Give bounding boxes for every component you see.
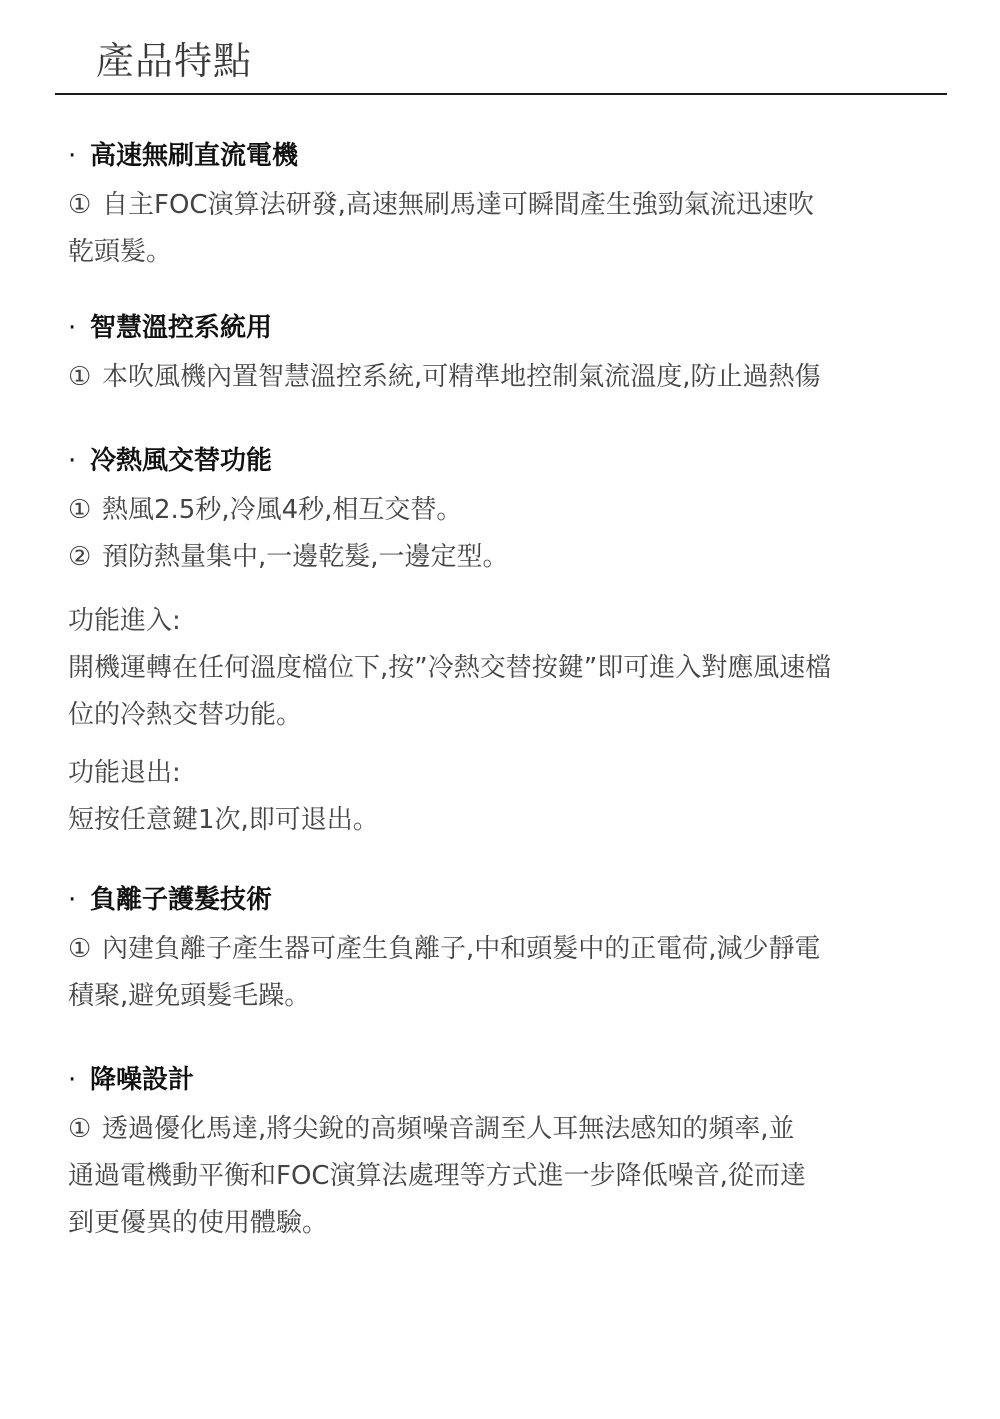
feature-paragraph-cont: 乾頭髮。 (68, 229, 958, 276)
circled-number: ① (68, 926, 102, 973)
page-title: 產品特點 (96, 38, 252, 84)
feature-paragraph-cont: 到更優異的使用體驗。 (68, 1200, 958, 1247)
section-heading: ·負離子護髮技術 (68, 882, 958, 918)
feature-paragraph: ①內建負離子產生器可產生負離子,中和頭髮中的正電荷,減少靜電 (68, 926, 958, 973)
bullet-icon: · (68, 443, 90, 479)
section-heading: ·高速無刷直流電機 (68, 138, 958, 174)
section-hot-cold-alternate: ·冷熱風交替功能 ①熱風2.5秒,冷風4秒,相互交替。 ②預防熱量集中,一邊乾髮… (68, 443, 958, 581)
circled-number: ① (68, 182, 102, 229)
circled-number: ① (68, 354, 102, 401)
bullet-icon: · (68, 882, 90, 918)
feature-paragraph: ①本吹風機內置智慧溫控系統,可精準地控制氣流溫度,防止過熱傷 (68, 354, 958, 401)
circled-number: ① (68, 487, 102, 534)
section-heading: ·智慧溫控系統用 (68, 310, 958, 346)
feature-paragraph: ①自主FOC演算法研發,高速無刷馬達可瞬間產生強勁氣流迅速吹 (68, 182, 958, 229)
section-brushless-motor: ·高速無刷直流電機 ①自主FOC演算法研發,高速無刷馬達可瞬間產生強勁氣流迅速吹… (68, 138, 958, 276)
function-exit-label: 功能退出: (68, 750, 958, 797)
title-divider (55, 93, 947, 95)
circled-number: ① (68, 1106, 102, 1153)
function-enter-text: 開機運轉在任何溫度檔位下,按”冷熱交替按鍵”即可進入對應風速檔 (68, 645, 958, 692)
section-negative-ion: ·負離子護髮技術 ①內建負離子產生器可產生負離子,中和頭髮中的正電荷,減少靜電 … (68, 882, 958, 1020)
section-noise-reduction: ·降噪設計 ①透過優化馬達,將尖銳的高頻噪音調至人耳無法感知的頻率,並 通過電機… (68, 1062, 958, 1247)
section-heading: ·降噪設計 (68, 1062, 958, 1098)
bullet-icon: · (68, 138, 90, 174)
function-exit-text: 短按任意鍵1次,即可退出。 (68, 797, 958, 844)
bullet-icon: · (68, 310, 90, 346)
circled-number: ② (68, 534, 102, 581)
feature-paragraph-cont: 通過電機動平衡和FOC演算法處理等方式進一步降低噪音,從而達 (68, 1153, 958, 1200)
section-smart-temp: ·智慧溫控系統用 ①本吹風機內置智慧溫控系統,可精準地控制氣流溫度,防止過熱傷 (68, 310, 958, 401)
feature-paragraph-cont: 積聚,避免頭髮毛躁。 (68, 973, 958, 1020)
function-enter-label: 功能進入: (68, 598, 958, 645)
feature-paragraph: ②預防熱量集中,一邊乾髮,一邊定型。 (68, 534, 958, 581)
feature-paragraph: ①透過優化馬達,將尖銳的高頻噪音調至人耳無法感知的頻率,並 (68, 1106, 958, 1153)
function-enter: 功能進入: 開機運轉在任何溫度檔位下,按”冷熱交替按鍵”即可進入對應風速檔 位的… (68, 598, 958, 739)
feature-paragraph: ①熱風2.5秒,冷風4秒,相互交替。 (68, 487, 958, 534)
bullet-icon: · (68, 1062, 90, 1098)
section-heading: ·冷熱風交替功能 (68, 443, 958, 479)
function-enter-text-cont: 位的冷熱交替功能。 (68, 692, 958, 739)
function-exit: 功能退出: 短按任意鍵1次,即可退出。 (68, 750, 958, 844)
